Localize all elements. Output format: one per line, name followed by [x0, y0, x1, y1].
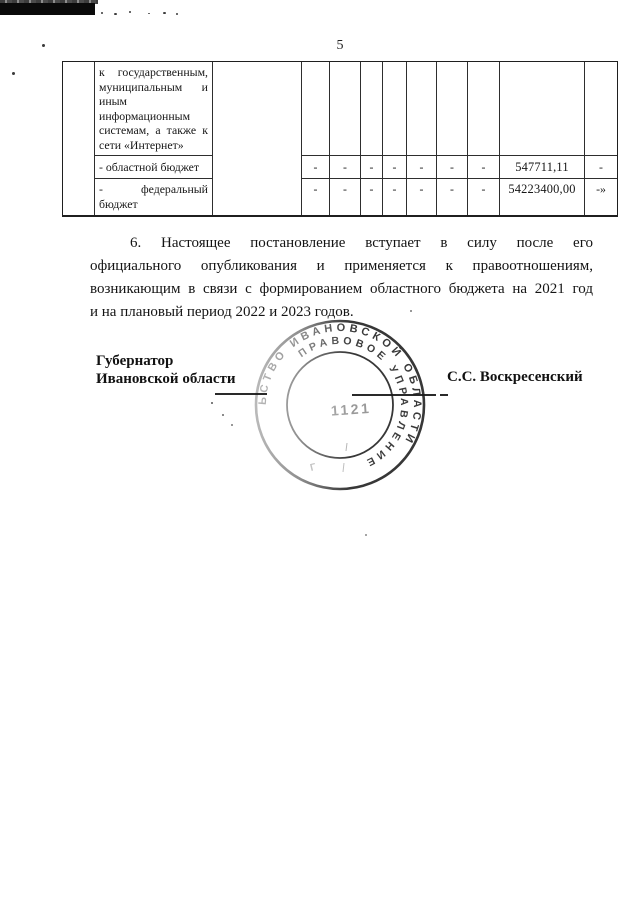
table-cell-dash: -	[437, 156, 468, 179]
scan-noise-dot	[365, 534, 367, 536]
table-cell-note: -	[585, 156, 617, 179]
scan-noise-dot	[129, 11, 131, 13]
scan-noise-dot	[163, 12, 166, 14]
paragraph-6: 6. Настоящее постановление вступает в си…	[90, 232, 593, 324]
paragraph-line: официального опубликования и применяется…	[90, 255, 593, 278]
table-cell-empty	[407, 62, 437, 156]
table-cell-empty	[302, 62, 330, 156]
table-cell-dash: -	[468, 179, 500, 215]
table-cell-empty	[361, 62, 383, 156]
table-cell-row2-label: - областной бюджет	[95, 156, 213, 179]
scan-noise-dot	[148, 13, 150, 14]
table-cell-amount-oblast: 547711,11	[500, 156, 585, 179]
budget-table: к государственным, муниципальным и иным …	[62, 61, 618, 217]
table-cell-empty	[500, 62, 585, 156]
table-cell-empty	[437, 62, 468, 156]
signature-title-line1: Губернатор	[96, 353, 236, 371]
scan-noise-dot	[114, 13, 117, 15]
scan-noise-dot	[211, 402, 213, 404]
table-cell-dash: -	[302, 156, 330, 179]
signature-line-segment	[440, 394, 448, 396]
scan-noise-dot	[101, 12, 103, 14]
scan-noise-dot	[12, 72, 15, 75]
table-cell-dash: -	[361, 179, 383, 215]
table-cell-row1-label: к государственным, муниципальным и иным …	[95, 62, 213, 156]
stamp-faint-mark	[343, 463, 344, 472]
stamp-bottom-mark: Г	[309, 462, 317, 474]
table-cell-dash: -	[437, 179, 468, 215]
table-cell-empty	[383, 62, 407, 156]
table-cell-dash: -	[302, 179, 330, 215]
scanned-document-page: 5 к государственным, муниципальным и ины…	[0, 0, 640, 905]
signature-name: С.С. Воскресенский	[447, 369, 583, 386]
scan-noise-dot	[42, 44, 45, 47]
table-cell-dash: -	[330, 179, 361, 215]
table-cell-dash: -	[330, 156, 361, 179]
table-cell-empty	[585, 62, 617, 156]
table-cell-row3-label: - федеральный бюджет	[95, 179, 213, 215]
paragraph-line: 6. Настоящее постановление вступает в си…	[90, 232, 593, 255]
table-cell-note: -»	[585, 179, 617, 215]
table-cell-dash: -	[407, 179, 437, 215]
scan-noise-dot	[176, 13, 178, 15]
page-number: 5	[320, 38, 360, 54]
table-cell-dash: -	[468, 156, 500, 179]
official-stamp-seal: ЬСТВО ИВАНОВСКОЙ ОБЛАСТИ ПРАВОВОЕ УПРАВЛ…	[247, 315, 433, 501]
signature-title: Губернатор Ивановской области	[96, 353, 236, 388]
table-cell-empty	[468, 62, 500, 156]
stamp-center-mark: 1121	[330, 400, 371, 419]
table-cell-dash: -	[361, 156, 383, 179]
table-cell-amount-federal: 54223400,00	[500, 179, 585, 215]
stamp-faint-mark	[346, 443, 347, 451]
signature-title-line2: Ивановской области	[96, 371, 236, 389]
table-cell-left-empty	[63, 62, 95, 215]
scan-noise-dot	[222, 414, 224, 416]
table-cell-dash: -	[383, 179, 407, 215]
scan-noise-dot	[231, 424, 233, 426]
table-cell-spacer-column	[213, 62, 302, 215]
paragraph-line: возникающим в связи с формированием обла…	[90, 278, 593, 301]
table-cell-dash: -	[383, 156, 407, 179]
table-cell-dash: -	[407, 156, 437, 179]
table-cell-empty	[330, 62, 361, 156]
scan-artifact-black-bar	[0, 3, 95, 15]
